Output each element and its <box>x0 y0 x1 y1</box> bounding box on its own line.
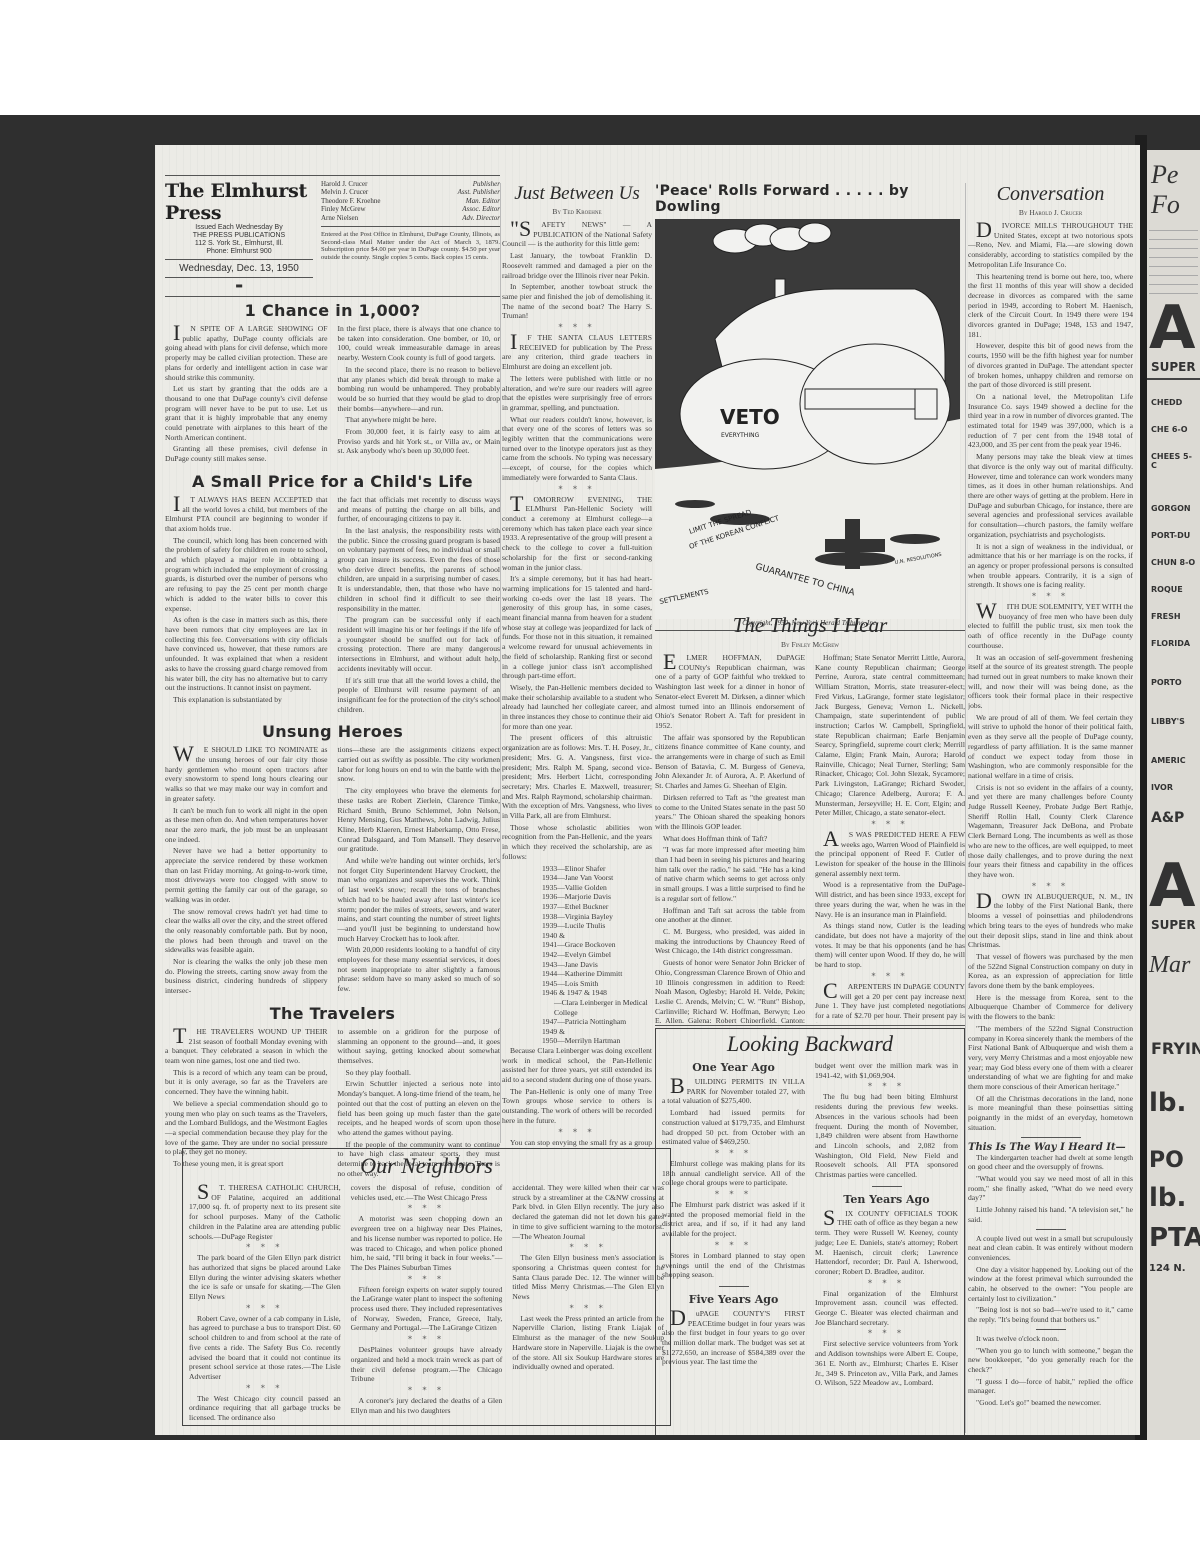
paragraph: ELMER HOFFMAN, DuPAGE COUNty's Republica… <box>655 653 805 731</box>
paragraph: So they play football. <box>338 1068 501 1078</box>
paragraph: WE SHOULD LIKE TO NOMINATE as the unsung… <box>165 745 328 803</box>
article-chance: IN SPITE OF A LARGE SHOWING OF public ap… <box>165 324 500 466</box>
column-divider <box>500 183 501 1143</box>
paragraph: As things stand now, Cutler is the leadi… <box>815 921 965 970</box>
paragraph: Crisis is not so evident in the affairs … <box>968 783 1133 880</box>
subhead-five-years-ago: Five Years Ago <box>662 1293 805 1306</box>
list-item: 1937—Ethel Buckner <box>542 902 652 912</box>
adjacent-fragment: Pe <box>1151 160 1200 190</box>
subhead-heard-it: This Is The Way I Heard It— <box>968 1142 1133 1153</box>
paragraph: Erwin Schuttler injected a serious note … <box>338 1079 501 1137</box>
adjacent-fragment: A <box>1149 298 1200 358</box>
adjacent-fragment: lb. <box>1149 1183 1198 1213</box>
adjacent-fragment: PO <box>1149 1148 1198 1173</box>
column-divider <box>965 183 966 1433</box>
paragraph: In September, another towboat struck the… <box>502 282 652 321</box>
list-item: 1938—Virginia Bayley <box>542 912 652 922</box>
paragraph: the fact that officials met recently to … <box>338 495 501 524</box>
paragraph: Hoffman; State Senator Merritt Little, A… <box>815 653 965 818</box>
paragraph: covers the disposal of refuse, condition… <box>351 1183 503 1202</box>
separator-stars: * * * <box>351 1275 503 1284</box>
paragraph: From 30,000 feet, it is fairly easy to a… <box>338 427 501 456</box>
paragraph: That anywhere might be here. <box>338 415 501 425</box>
paragraph: Never have we had a better opportunity t… <box>165 846 328 904</box>
list-item: 1947—Patricia Nottingham <box>542 1017 652 1027</box>
adjacent-fragment: FLORIDA <box>1151 639 1196 648</box>
paragraph: It was twelve o'clock noon. <box>968 1334 1133 1344</box>
headline-looking-backward: Looking Backward <box>662 1031 958 1057</box>
list-item: 1934—Jane Van Voorst <box>542 873 652 883</box>
paragraph: This explanation is substantiated by <box>165 695 328 705</box>
looking-backward-box: Looking Backward One Year Ago BUILDING P… <box>655 1025 965 1435</box>
masthead-publisher-org: THE PRESS PUBLICATIONS <box>165 232 313 240</box>
adjacent-fragment: GORGON <box>1151 504 1196 513</box>
paragraph: THE TRAVELERS WOUND UP THEIR 21st season… <box>165 1027 328 1066</box>
paragraph: This heartening trend is borne out here,… <box>968 272 1133 340</box>
headline-chance: 1 Chance in 1,000? <box>165 301 500 320</box>
separator-stars: * * * <box>662 1241 805 1250</box>
list-item: 1950—Merrilyn Hartman <box>542 1036 652 1046</box>
paragraph: tions—these are the assignments citizens… <box>338 745 501 784</box>
editorial-section: The Elmhurst Press Issued Each Wednesday… <box>165 175 500 1180</box>
adjacent-fragment: CHUN 8-O <box>1151 558 1196 567</box>
staff-row: Melvin J. CrucerAsst. Publisher <box>321 188 500 196</box>
paragraph: accidental. They were killed when their … <box>512 1183 664 1241</box>
adjacent-fragment: 124 N. <box>1149 1263 1198 1274</box>
paragraph: This is a record of which any team can b… <box>165 1068 328 1097</box>
staff-row: Arne NielsenAdv. Director <box>321 214 500 222</box>
paragraph: DuPAGE COUNTY'S FIRST PEACEtime budget i… <box>662 1309 805 1367</box>
paragraph: With 20,000 residents looking to a handf… <box>338 945 501 994</box>
paragraph: Many persons may take the bleak view at … <box>968 452 1133 539</box>
list-item: 1939—Lucile Thulis <box>542 921 652 931</box>
paragraph: "The members of the 522nd Signal Constru… <box>968 1024 1133 1092</box>
adjacent-fragment: ROQUE <box>1151 585 1196 594</box>
scholar-list: 1933—Elinor Shafer 1934—Jane Van Voorst … <box>502 864 652 1046</box>
headline-heroes: Unsung Heroes <box>165 722 500 741</box>
paragraph: "Good. Let's go!" beamed the newcomer. <box>968 1398 1133 1408</box>
paragraph: If it's still true that all the world lo… <box>338 676 501 715</box>
separator-stars: * * * <box>512 1304 664 1313</box>
paragraph: The program can be successful only if ea… <box>338 615 501 673</box>
paragraph: That vessel of flowers was purchased by … <box>968 952 1133 991</box>
byline: By Harold J. Crucer <box>968 208 1133 217</box>
paragraph: Guests of honor were Senator John Bricke… <box>655 958 805 1023</box>
adjacent-page-strip: Pe Fo A SUPER CHEDD CHE 6-O CHEES 5-C GO… <box>1147 150 1200 1440</box>
paragraph: Hoffman and Taft sat across the table fr… <box>655 906 805 925</box>
paragraph: It is not a sign of weakness in the indi… <box>968 542 1133 591</box>
paragraph: The Glen Ellyn business men's associatio… <box>512 1253 664 1302</box>
paragraph: Fifteen foreign experts on water supply … <box>351 1285 503 1334</box>
things-i-hear-column: The Things I Hear By Finley McGrew ELMER… <box>655 613 965 1023</box>
masthead-issued: Issued Each Wednesday By <box>165 224 313 232</box>
paragraph: to assemble on a gridiron for the purpos… <box>338 1027 501 1066</box>
paragraph: WITH DUE SOLEMNITY, YET WITH the buoyanc… <box>968 602 1133 651</box>
paragraph: We are proud of all of them. We feel cer… <box>968 713 1133 781</box>
paragraph: The Pan-Hellenic is only one of many Tre… <box>502 1087 652 1126</box>
byline: By Finley McGrew <box>655 640 965 649</box>
adjacent-fragment: Fo <box>1151 190 1200 220</box>
adjacent-fragment: CHEDD <box>1151 398 1196 407</box>
subhead-ten-years-ago: Ten Years Ago <box>815 1193 958 1206</box>
list-item: 1949 & <box>542 1027 652 1037</box>
paragraph: Little Johnny raised his hand. "A televi… <box>968 1205 1133 1224</box>
paragraph: Elmhurst college was making plans for it… <box>662 1159 805 1188</box>
masthead: The Elmhurst Press Issued Each Wednesday… <box>165 180 500 290</box>
list-item: 1940 & <box>542 931 652 941</box>
paragraph: ST. THERESA CATHOLIC CHURCH, OF Palatine… <box>189 1183 341 1241</box>
paragraph: The affair was sponsored by the Republic… <box>655 733 805 791</box>
newspaper-page: The Elmhurst Press Issued Each Wednesday… <box>155 145 1140 1435</box>
issue-date: Wednesday, Dec. 13, 1950 <box>165 263 313 274</box>
paragraph: Dirksen referred to Taft as "the greates… <box>655 793 805 832</box>
postal-note: Entered at the Post Office in Elmhurst, … <box>321 231 500 261</box>
paragraph: Those whose scholastic abilities won rec… <box>502 823 652 862</box>
adjacent-fragment: PORTO <box>1151 678 1196 687</box>
paragraph: "SAFETY NEWS" — A PUBLICATION of the Nat… <box>502 220 652 249</box>
paragraph: Let us start by granting that the odds a… <box>165 384 328 442</box>
paragraph: SIX COUNTY OFFICIALS TOOK THE oath of of… <box>815 1209 958 1277</box>
staff-row: Harold J. CrucerPublisher <box>321 180 500 188</box>
headline-just-between-us: Just Between Us <box>502 183 652 205</box>
paragraph: However, despite this bit of good news f… <box>968 341 1133 390</box>
adjacent-fragment: SUPER <box>1151 918 1196 932</box>
paragraph: TOMORROW EVENING, THE ELMhurst Pan-Helle… <box>502 495 652 573</box>
adjacent-fragment: FRYIN <box>1151 1039 1196 1058</box>
separator-stars: * * * <box>189 1243 341 1252</box>
list-item: 1936—Marjorie Davis <box>542 892 652 902</box>
svg-text:EVERYTHING: EVERYTHING <box>721 432 760 439</box>
our-neighbors-box: Our Neighbors ST. THERESA CATHOLIC CHURC… <box>182 1148 671 1426</box>
adjacent-fragment: AMERIC <box>1151 756 1196 765</box>
paragraph: C. M. Burgess, who presided, was aided i… <box>655 927 805 956</box>
paragraph: DIVORCE MILLS THROUGHOUT THE United Stat… <box>968 221 1133 270</box>
paragraph: Last January, the towboat Franklin D. Ro… <box>502 251 652 280</box>
adjacent-fragment: A <box>1149 856 1198 916</box>
paragraph: "What would you say we need most of all … <box>968 1174 1133 1203</box>
separator-stars: * * * <box>512 1243 664 1252</box>
paragraph: Robert Cave, owner of a cab company in L… <box>189 1314 341 1382</box>
masthead-phone: Phone: Elmhurst 900 <box>165 248 313 256</box>
paragraph: Lombard had issued permits for construct… <box>662 1108 805 1147</box>
separator-stars: * * * <box>351 1335 503 1344</box>
paragraph: IF THE SANTA CLAUS LETTERS RECEIVED for … <box>502 333 652 372</box>
masthead-address: 112 S. York St., Elmhurst, Ill. <box>165 240 313 248</box>
paragraph: Last week the Press printed an article f… <box>512 1314 664 1372</box>
list-item: 1941—Grace Bockoven <box>542 940 652 950</box>
paragraph: Nor is clearing the walks the only job t… <box>165 957 328 996</box>
adjacent-fragment: CHEES 5-C <box>1151 452 1196 470</box>
adjacent-fragment: CHE 6-O <box>1151 425 1196 434</box>
paragraph: The letters were published with little o… <box>502 374 652 413</box>
separator-stars: * * * <box>662 1149 805 1158</box>
adjacent-fragment: FRESH <box>1151 612 1196 621</box>
adjacent-fragment: Mar <box>1149 952 1198 979</box>
headline-travelers: The Travelers <box>165 1004 500 1023</box>
paragraph: Granting all these premises, civil defen… <box>165 444 328 463</box>
paragraph: Final organization of the Elmhurst Impro… <box>815 1289 958 1328</box>
article-heroes: WE SHOULD LIKE TO NOMINATE as the unsung… <box>165 745 500 998</box>
paragraph: The West Chicago city council passed an … <box>189 1394 341 1423</box>
paragraph: DOWN IN ALBUQUERQUE, N. M., IN the lobby… <box>968 892 1133 950</box>
list-item: —Clara Leinberger in Medical College <box>542 998 652 1017</box>
headline-neighbors: Our Neighbors <box>189 1153 664 1179</box>
list-item: 1935—Vallie Golden <box>542 883 652 893</box>
cartoon-title: 'Peace' Rolls Forward . . . . . by Dowli… <box>655 183 965 215</box>
list-item: 1933—Elinor Shafer <box>542 864 652 874</box>
list-item: 1946 & 1947 & 1948 <box>542 988 652 998</box>
paragraph: "Being lost is not so bad—we're used to … <box>968 1305 1133 1324</box>
paragraph: Here is the message from Korea, sent to … <box>968 993 1133 1022</box>
cartoon-image: VETO EVERYTHING LIMIT THE SPREAD OF THE … <box>655 219 960 619</box>
list-item: 1945—Lois Smith <box>542 979 652 989</box>
paragraph: It can't be much fun to work all night i… <box>165 806 328 845</box>
paragraph: The present officers of this altruistic … <box>502 733 652 820</box>
separator-stars: * * * <box>351 1386 503 1395</box>
article-price: IT ALWAYS HAS BEEN ACCEPTED that all the… <box>165 495 500 716</box>
paragraph: IN SPITE OF A LARGE SHOWING OF public ap… <box>165 324 328 382</box>
paragraph: You can stop envying the small fry as a … <box>502 1138 652 1149</box>
steamroller-cartoon-icon: VETO EVERYTHING LIMIT THE SPREAD OF THE … <box>655 219 960 619</box>
separator-stars: * * * <box>502 485 652 494</box>
separator-stars: * * * <box>189 1384 341 1393</box>
paragraph: As often is the case in matters such as … <box>165 615 328 693</box>
separator-stars: * * * <box>815 1329 958 1338</box>
separator-stars: * * * <box>662 1190 805 1199</box>
staff-row: Finley McGrewAssoc. Editor <box>321 205 500 213</box>
separator-stars: * * * <box>968 882 1133 891</box>
paragraph: One day a visitor happened by. Looking o… <box>968 1265 1133 1304</box>
paragraph: The council, which long has been concern… <box>165 536 328 614</box>
list-item: 1944—Katherine Dimmitt <box>542 969 652 979</box>
paragraph: Because Clara Leinberger was doing excel… <box>502 1046 652 1085</box>
paragraph: In the first place, there is always that… <box>338 324 501 363</box>
headline-conversation: Conversation <box>968 183 1133 206</box>
adjacent-fragment: IVOR <box>1151 783 1196 792</box>
paragraph: The snow removal crews hadn't yet had ti… <box>165 907 328 956</box>
paragraph: Wisely, the Pan-Hellenic members decided… <box>502 683 652 732</box>
paragraph: The park board of the Glen Ellyn park di… <box>189 1253 341 1302</box>
paragraph: In the last analysis, the responsibility… <box>338 526 501 613</box>
paragraph: budget went over the million mark was in… <box>815 1061 958 1080</box>
paragraph: DesPlaines volunteer groups have already… <box>351 1345 503 1384</box>
separator-stars: * * * <box>351 1204 503 1213</box>
adjacent-fragment: LIBBY'S <box>1151 717 1196 726</box>
paragraph: "I was far more impressed after meeting … <box>655 845 805 903</box>
separator-stars: * * * <box>189 1304 341 1313</box>
paragraph: A coroner's jury declared the deaths of … <box>351 1396 503 1415</box>
paragraph: On a national level, the Metropolitan Li… <box>968 392 1133 450</box>
just-between-us-column: Just Between Us By Ted Kroehne "SAFETY N… <box>502 183 652 1148</box>
paragraph: A motorist was seen chopping down an eve… <box>351 1214 503 1272</box>
headline-things-i-hear: The Things I Hear <box>655 613 965 638</box>
paragraph: Wood is a representative from the DuPage… <box>815 880 965 919</box>
paragraph: "When you go to lunch with someone," beg… <box>968 1346 1133 1375</box>
paragraph: AS WAS PREDICTED HERE A FEW weeks ago, W… <box>815 830 965 879</box>
paragraph: What our readers couldn't know, however,… <box>502 415 652 483</box>
paragraph: And while we're handing out winter orchi… <box>338 856 501 943</box>
paragraph: It's a simple ceremony, but it has had h… <box>502 574 652 681</box>
adjacent-fragment: PORT-DU <box>1151 531 1196 540</box>
editorial-cartoon: 'Peace' Rolls Forward . . . . . by Dowli… <box>655 183 965 631</box>
separator-stars: * * * <box>815 1279 958 1288</box>
paragraph: Stores in Lombard planned to stay open e… <box>662 1251 805 1280</box>
conversation-column: Conversation By Harold J. Crucer DIVORCE… <box>968 183 1133 1433</box>
press-emblem-icon: ▬ <box>165 281 313 290</box>
paragraph: In the second place, there is no reason … <box>338 365 501 414</box>
separator-stars: * * * <box>815 1082 958 1091</box>
adjacent-fragment: SUPER <box>1151 360 1196 374</box>
paragraph: IT ALWAYS HAS BEEN ACCEPTED that all the… <box>165 495 328 534</box>
paragraph: The flu bug had been biting Elmhurst res… <box>815 1092 958 1179</box>
paragraph: A couple lived out west in a small but s… <box>968 1234 1133 1263</box>
adjacent-fragment: lb. <box>1149 1088 1198 1118</box>
separator-stars: * * * <box>502 1128 652 1137</box>
headline-price: A Small Price for a Child's Life <box>165 472 500 491</box>
paragraph: "I guess I do—force of habit," replied t… <box>968 1377 1133 1396</box>
separator-stars: * * * <box>502 323 652 332</box>
paragraph: The city employees who brave the element… <box>338 786 501 854</box>
paragraph: BUILDING PERMITS IN VILLA PARK for Novem… <box>662 1077 805 1106</box>
masthead-title: The Elmhurst Press <box>165 180 313 224</box>
paragraph: The Elmhurst park district was asked if … <box>662 1200 805 1239</box>
byline: By Ted Kroehne <box>502 207 652 216</box>
svg-text:VETO: VETO <box>720 405 780 429</box>
paragraph: First selective service volunteers from … <box>815 1339 958 1388</box>
list-item: 1943—Jane Davis <box>542 960 652 970</box>
paragraph: What does Hoffman think of Taft? <box>655 834 805 844</box>
staff-row: Theodore F. KroehneMan. Editor <box>321 197 500 205</box>
paragraph: It was an occasion of self-government fr… <box>968 653 1133 711</box>
adjacent-fragment: A&P <box>1151 810 1196 826</box>
list-item: 1942—Evelyn Gimbel <box>542 950 652 960</box>
paragraph: CARPENTERS IN DuPAGE COUNTY will get a 2… <box>815 982 965 1023</box>
adjacent-fragment: PTA <box>1149 1223 1198 1253</box>
paragraph: The kindergarten teacher had dwelt at so… <box>968 1153 1133 1172</box>
paragraph: Of all the Christmas decorations in the … <box>968 1094 1133 1133</box>
staff-list: Harold J. CrucerPublisher Melvin J. Cruc… <box>321 180 500 222</box>
